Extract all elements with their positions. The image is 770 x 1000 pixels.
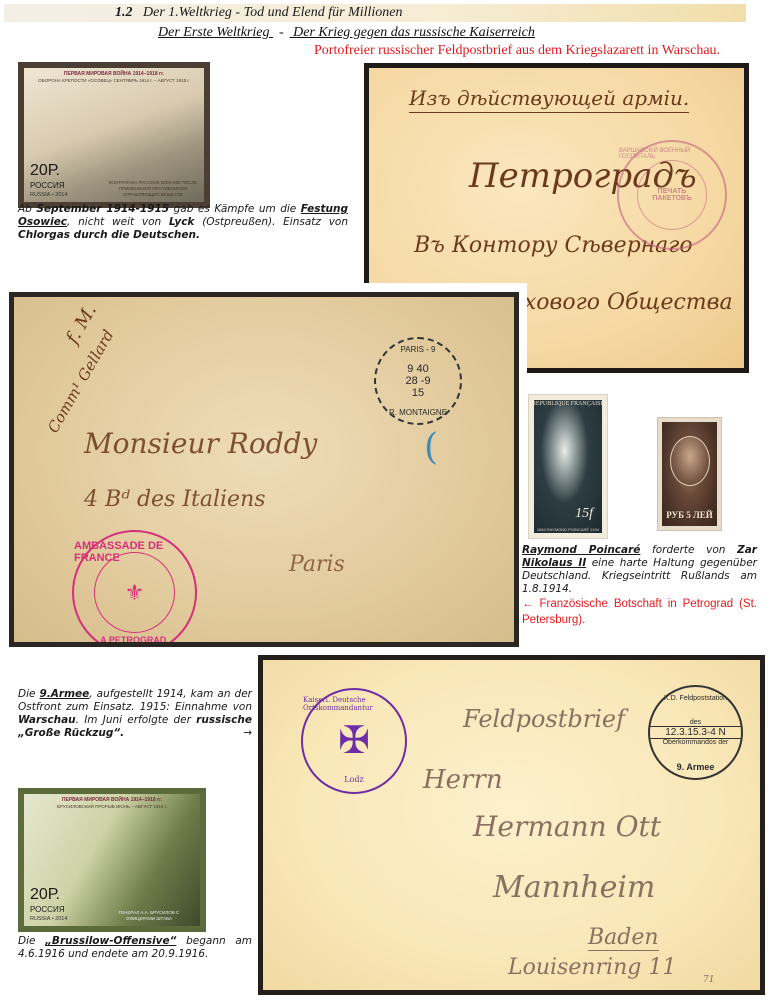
brussilow-text-p1: Die [18, 935, 45, 947]
poincare-text-p1: forderte von [640, 544, 737, 556]
title-text: Der 1.Weltkrieg - Tod und Elend für Mill… [143, 5, 403, 20]
ortskommandantur-seal: Kaiserl. Deutsche Ortskommandantur ✠ Lod… [301, 688, 407, 794]
envelope-french-seal-bottom: A PETROGRAD. [100, 635, 169, 645]
text-span: Raymond Poincaré [522, 544, 640, 556]
envelope-german-seal-bottom: Lodz [344, 775, 363, 784]
envelope-french-seal-ring: AMBASSADE DE FRANCE [74, 540, 195, 564]
text-span: Nikolaus II [522, 557, 586, 569]
page-title: 1.2 Der 1.Weltkrieg - Tod und Elend für … [115, 5, 403, 21]
envelope-french-embassy: f. M. Comm¹ Gellard Monsieur Roddy 4 Bᵈ … [9, 292, 519, 647]
armee-text-u1: 9.Armee [40, 688, 90, 700]
stamp-nikolaus: РУБ 5 ЛЕЙ [657, 417, 722, 531]
section-number: 1.2 [115, 5, 133, 20]
text-span: 9.Armee [40, 688, 90, 700]
osowiec-text-b1: September 1914-1915 [36, 203, 169, 215]
embassy-seal: AMBASSADE DE FRANCE ⚜ A PETROGRAD. [72, 530, 197, 647]
envelope-french-postmark-time: 9 40 [407, 363, 428, 375]
stamp-value: 20Р. [30, 886, 60, 904]
envelope-german-postmark-des: des [690, 719, 701, 726]
poincare-text-u2: Nikolaus II [522, 557, 586, 569]
armee-text-p1: Die [18, 688, 40, 700]
envelope-french-postmark-bottom: R. MONTAIGNE [389, 408, 447, 417]
tsar-portrait [670, 436, 710, 486]
brussilow-text-u1: „Brussilow-Offensive“ [45, 935, 176, 947]
text-span: „Brussilow-Offensive“ [45, 935, 176, 947]
embassy-note: ← Französische Botschaft in Petrograd (S… [522, 596, 757, 628]
brussilow-description: Die „Brussilow-Offensive“ begann am 4.6.… [18, 935, 252, 961]
stamp-country-latin: RUSSIA • 2014 [30, 192, 67, 198]
osowiec-description: Ab September 1914-1915 gab es Kämpfe um … [18, 203, 348, 242]
stamp-footer: 1860 RAYMOND POINCARÉ 1934 [529, 527, 607, 532]
envelope-french-postmark-date: 28 -9 [405, 375, 430, 387]
street: 4 Bᵈ des Italiens [84, 487, 266, 512]
envelope-german-postmark-bottom: Oberkommandos der [663, 739, 729, 746]
stamp-value: 20Р. [30, 162, 60, 180]
pencil-note: 71 [703, 975, 714, 985]
armee-description: Die 9.Armee, aufgestellt 1914, kam an de… [18, 688, 252, 740]
hospital-seal: ВАРШАВСКІЙ ВОЕННЫЙ ГОСПИТАЛЬ ПЕЧАТЬ ПАКЕ… [617, 140, 727, 250]
eagle-icon: ✠ [338, 722, 370, 760]
osowiec-text-p4: (Ostpreußen). Einsatz von [194, 216, 348, 228]
recipient-city: Mannheim [493, 870, 655, 905]
addressee: Monsieur Roddy [84, 427, 317, 460]
arrow-right-icon: → [243, 727, 252, 740]
stamp-subheading: ОБОРОНА КРЕПОСТИ «ОСОВЕЦ» СЕНТЯБРЬ 1914 … [24, 78, 204, 83]
handwriting-line1: Изъ дѣйствующей арміи. [409, 86, 689, 113]
osowiec-text-p3: , nicht weit von [67, 216, 169, 228]
stamp-heading: REPUBLIQUE FRANÇAISE [529, 401, 607, 407]
stamp-country: РОССИЯ [30, 181, 64, 190]
osowiec-text-p2: gab es Kämpfe um die [169, 203, 301, 215]
poincare-text-b1: Zar [737, 544, 757, 556]
red-caption: Portofreier russischer Feldpostbrief aus… [314, 43, 720, 59]
envelope-french-postmark-top: PARIS - 9 [401, 345, 436, 354]
stamp-subheading: БРУСИЛОВСКИЙ ПРОРЫВ ИЮНЬ – АВГУСТ 1916 г… [24, 804, 200, 809]
stamp-country: РОССИЯ [30, 905, 64, 914]
poincare-description: Raymond Poincaré forderte von Zar Nikola… [522, 544, 757, 596]
subtitle-left: Der Erste Weltkrieg [158, 25, 269, 40]
city: Paris [289, 552, 345, 577]
stamp-country-latin: RUSSIA • 2014 [30, 916, 67, 922]
envelope-german-seal-ring: Kaiserl. Deutsche Ortskommandantur [303, 696, 405, 712]
osowiec-text-b3: Chlorgas durch die Deutschen. [18, 229, 200, 241]
stamp-osowiec: ПЕРВАЯ МИРОВАЯ ВОЙНА 1914–1918 гг. ОБОРО… [18, 62, 210, 208]
envelope-german-feldpost: Kaiserl. Deutsche Ortskommandantur ✠ Lod… [258, 655, 765, 995]
envelope-german-postmark-date: 12.3.15.3-4 N [650, 726, 741, 739]
feldpost-postmark: K.D. Feldpoststation des 12.3.15.3-4 N O… [648, 685, 743, 780]
subtitle-separator: - [279, 25, 284, 41]
stamp-poincare: REPUBLIQUE FRANÇAISE 15f 1860 RAYMOND PO… [528, 394, 608, 539]
stamp-caption: КОНТРАТАКА РУССКИХ ВОИНОВ ПОСЛЕ ПРИМЕНЕН… [108, 180, 198, 198]
page-subtitle: Der Erste Weltkrieg - Der Krieg gegen da… [158, 25, 535, 41]
blue-crayon-mark: ( [424, 427, 438, 468]
stamp-caption: ГЕНЕРАЛ А.А. БРУСИЛОВ С ОФИЦЕРАМИ ШТАБА [104, 910, 194, 922]
stamp-value: 15f [575, 506, 593, 522]
envelope-german-postmark-army: 9. Armee [677, 762, 715, 772]
recipient-region: Baden [588, 925, 659, 951]
feldpostbrief: Feldpostbrief [463, 705, 625, 733]
osowiec-text-p1: Ab [18, 203, 36, 215]
envelope-russian-seal-text: ВАРШАВСКІЙ ВОЕННЫЙ ГОСПИТАЛЬ [619, 148, 725, 160]
stamp-brussilow: ПЕРВАЯ МИРОВАЯ ВОЙНА 1914–1918 гг. БРУСИ… [18, 788, 206, 932]
salutation: Herrn [423, 765, 503, 795]
recipient-street: Louisenring 11 [508, 955, 676, 980]
poincare-text-u1: Raymond Poincaré [522, 544, 640, 556]
stamp-value: РУБ 5 ЛЕЙ [658, 510, 721, 520]
paris-postmark: PARIS - 9 9 40 28 -9 15 R. MONTAIGNE [374, 337, 462, 425]
recipient-name: Hermann Ott [473, 810, 661, 843]
stamp-heading: ПЕРВАЯ МИРОВАЯ ВОЙНА 1914–1918 гг. [24, 71, 204, 77]
stamp-heading: ПЕРВАЯ МИРОВАЯ ВОЙНА 1914–1918 гг. [24, 797, 200, 803]
envelope-german-postmark-top: K.D. Feldpoststation [664, 695, 727, 702]
osowiec-text-b2: Lyck [169, 216, 194, 228]
envelope-french-postmark-year: 15 [412, 387, 424, 399]
subtitle-right: Der Krieg gegen das russische Kaiserreic… [293, 25, 535, 40]
armee-text-p3: . Im Juni erfolgte der [76, 714, 197, 726]
armee-text-b1: Warschau [18, 714, 76, 726]
